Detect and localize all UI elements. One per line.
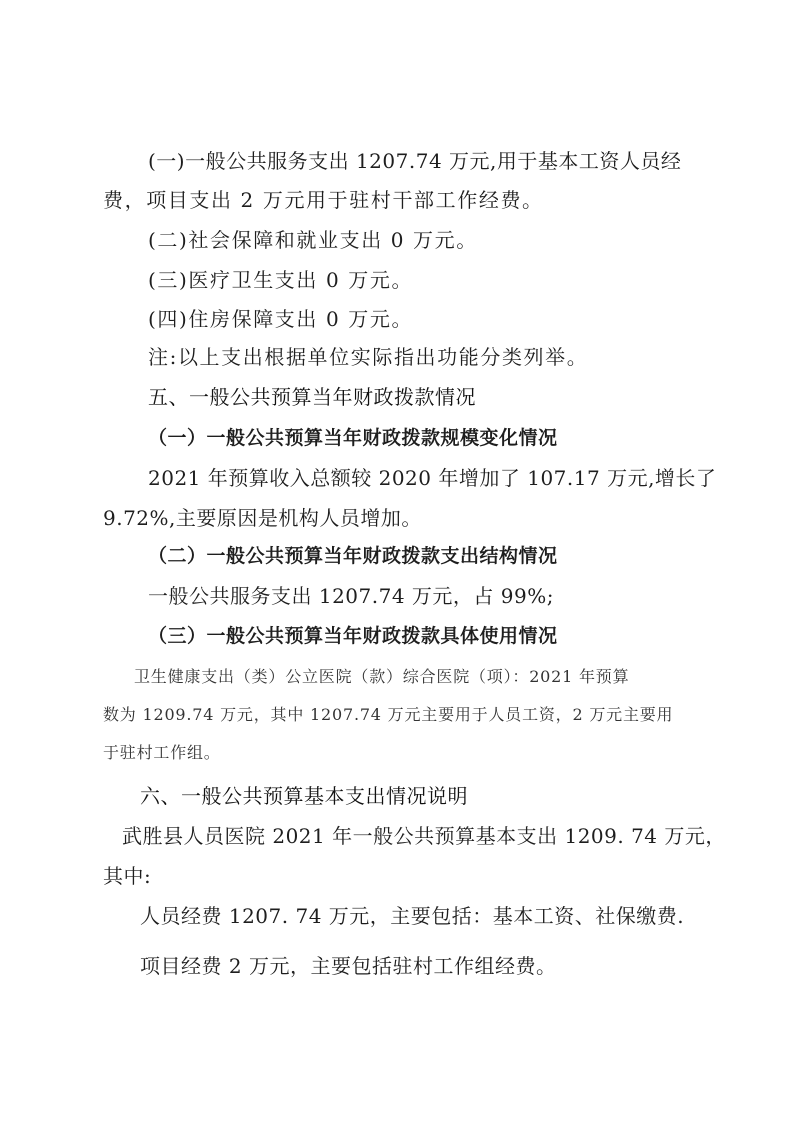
section-five-sub3-line2: 数为 1209.74 万元，其中 1207.74 万元主要用于人员工资，2 万元…	[103, 702, 673, 728]
section-six-line2: 其中:	[103, 863, 151, 889]
section-five-sub2-line1: 一般公共服务支出 1207.74 万元，占 99%;	[148, 583, 554, 609]
section-five-heading: 五、一般公共预算当年财政拨款情况	[148, 384, 476, 410]
section-five-sub3-line1: 卫生健康支出（类）公立医院（款）综合医院（项）：2021 年预算	[134, 664, 629, 690]
item-general-public-services-line1: (一)一般公共服务支出 1207.74 万元,用于基本工资人员经	[148, 148, 681, 174]
section-five-sub1-line1: 2021 年预算收入总额较 2020 年增加了 107.17 万元,增长了	[148, 465, 716, 491]
section-six-line1: 武胜县人员医院 2021 年一般公共预算基本支出 1209. 74 万元，	[122, 823, 726, 849]
section-six-heading: 六、一般公共预算基本支出情况说明	[140, 783, 468, 809]
section-five-sub1-heading: （一）一般公共预算当年财政拨款规模变化情况	[148, 425, 558, 451]
section-five-sub3-line3: 于驻村工作组。	[103, 740, 221, 766]
note-text: 注:以上支出根据单位实际指出功能分类列举。	[148, 344, 588, 370]
section-six-personnel-expense: 人员经费 1207. 74 万元，主要包括：基本工资、社保缴费.	[140, 903, 684, 929]
item-general-public-services-line2: 费，项目支出 2 万元用于驻村干部工作经费。	[103, 187, 544, 213]
section-five-sub1-line2: 9.72%,主要原因是机构人员增加。	[103, 505, 422, 531]
section-five-sub2-heading: （二）一般公共预算当年财政拨款支出结构情况	[148, 543, 558, 569]
item-medical-health: (三)医疗卫生支出 0 万元。	[148, 267, 413, 293]
item-social-security: (二)社会保障和就业支出 0 万元。	[148, 227, 478, 253]
section-five-sub3-heading: （三）一般公共预算当年财政拨款具体使用情况	[148, 623, 558, 649]
section-six-project-expense: 项目经费 2 万元，主要包括驻村工作组经费。	[140, 953, 556, 979]
item-housing-security: (四)住房保障支出 0 万元。	[148, 306, 413, 332]
